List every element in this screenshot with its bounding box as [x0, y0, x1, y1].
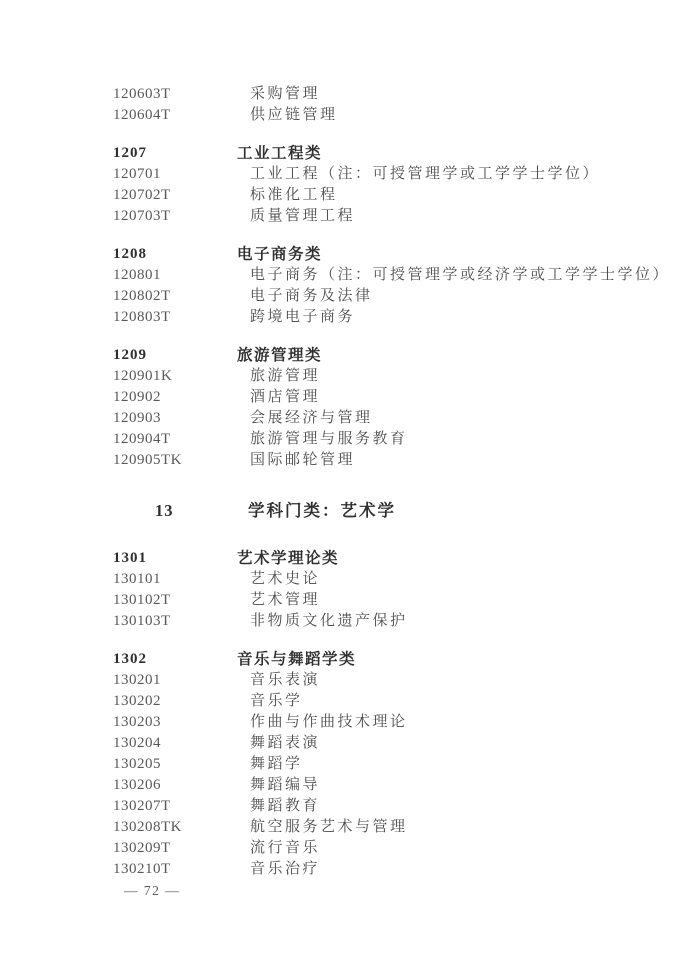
- category-code: 1207: [113, 143, 250, 164]
- division-header: 13学科门类：艺术学: [0, 498, 677, 524]
- major-code: 130210T: [113, 859, 250, 880]
- category-code: 1302: [113, 649, 250, 670]
- major-code: 130203: [113, 712, 250, 733]
- major-name: 酒店管理: [250, 387, 320, 408]
- major-code: 130208TK: [113, 817, 250, 838]
- major-row: 120802T电子商务及法律: [0, 286, 677, 307]
- category-row: 1207工业工程类: [0, 143, 677, 164]
- major-code: 130207T: [113, 796, 250, 817]
- major-code: 130209T: [113, 838, 250, 859]
- major-name: 质量管理工程: [250, 206, 355, 227]
- major-row: 120702T标准化工程: [0, 185, 677, 206]
- major-name: 音乐治疗: [250, 859, 320, 880]
- category-code: 1209: [113, 345, 250, 366]
- major-row: 120801电子商务（注：可授管理学或经济学或工学学士学位）: [0, 265, 677, 286]
- major-code: 120702T: [113, 185, 250, 206]
- major-name: 艺术史论: [250, 569, 320, 590]
- category-name: 音乐与舞蹈学类: [237, 649, 356, 670]
- division-title: 学科门类：艺术学: [248, 498, 396, 524]
- major-code: 130103T: [113, 611, 250, 632]
- major-name: 舞蹈学: [250, 754, 303, 775]
- document-page: 120603T采购管理120604T供应链管理1207工业工程类120701工业…: [0, 0, 677, 958]
- major-code: 120803T: [113, 307, 250, 328]
- major-row: 120903会展经济与管理: [0, 408, 677, 429]
- major-name: 工业工程（注：可授管理学或工学学士学位）: [250, 164, 600, 185]
- major-row: 130208TK航空服务艺术与管理: [0, 817, 677, 838]
- major-name: 流行音乐: [250, 838, 320, 859]
- category-section: 1209旅游管理类120901K旅游管理120902酒店管理120903会展经济…: [0, 345, 677, 471]
- major-code: 120802T: [113, 286, 250, 307]
- category-section: 1207工业工程类120701工业工程（注：可授管理学或工学学士学位）12070…: [0, 143, 677, 227]
- major-name: 艺术管理: [250, 590, 320, 611]
- major-name: 跨境电子商务: [250, 307, 355, 328]
- major-code: 120801: [113, 265, 250, 286]
- page-number: — 72 —: [124, 882, 180, 900]
- major-name: 采购管理: [250, 84, 320, 105]
- major-list: 120603T采购管理120604T供应链管理1207工业工程类120701工业…: [0, 0, 677, 880]
- major-name: 作曲与作曲技术理论: [250, 712, 408, 733]
- major-name: 电子商务及法律: [250, 286, 373, 307]
- major-code: 130101: [113, 569, 250, 590]
- major-code: 120905TK: [113, 450, 250, 471]
- major-name: 音乐学: [250, 691, 303, 712]
- category-row: 1301艺术学理论类: [0, 548, 677, 569]
- category-code: 1208: [113, 244, 250, 265]
- category-code: 1301: [113, 548, 250, 569]
- major-row: 130201音乐表演: [0, 670, 677, 691]
- major-row: 130102T艺术管理: [0, 590, 677, 611]
- major-name: 会展经济与管理: [250, 408, 373, 429]
- major-name: 国际邮轮管理: [250, 450, 355, 471]
- major-row: 130103T非物质文化遗产保护: [0, 611, 677, 632]
- category-name: 工业工程类: [237, 143, 322, 164]
- major-row: 120701工业工程（注：可授管理学或工学学士学位）: [0, 164, 677, 185]
- major-name: 舞蹈教育: [250, 796, 320, 817]
- continued-rows-section: 120603T采购管理120604T供应链管理: [0, 84, 677, 126]
- major-code: 120901K: [113, 366, 250, 387]
- major-row: 120803T跨境电子商务: [0, 307, 677, 328]
- major-row: 130202音乐学: [0, 691, 677, 712]
- major-code: 130206: [113, 775, 250, 796]
- category-row: 1302音乐与舞蹈学类: [0, 649, 677, 670]
- major-row: 130209T流行音乐: [0, 838, 677, 859]
- major-row: 120603T采购管理: [0, 84, 677, 105]
- major-code: 120703T: [113, 206, 250, 227]
- category-row: 1208电子商务类: [0, 244, 677, 265]
- major-name: 航空服务艺术与管理: [250, 817, 408, 838]
- major-code: 130102T: [113, 590, 250, 611]
- major-name: 旅游管理与服务教育: [250, 429, 408, 450]
- major-row: 130206舞蹈编导: [0, 775, 677, 796]
- major-code: 120604T: [113, 105, 250, 126]
- category-row: 1209旅游管理类: [0, 345, 677, 366]
- major-code: 120603T: [113, 84, 250, 105]
- major-row: 130210T音乐治疗: [0, 859, 677, 880]
- category-section: 1208电子商务类120801电子商务（注：可授管理学或经济学或工学学士学位）1…: [0, 244, 677, 328]
- major-name: 供应链管理: [250, 105, 338, 126]
- major-row: 120904T旅游管理与服务教育: [0, 429, 677, 450]
- major-code: 120904T: [113, 429, 250, 450]
- major-name: 标准化工程: [250, 185, 338, 206]
- major-name: 非物质文化遗产保护: [250, 611, 408, 632]
- major-code: 120902: [113, 387, 250, 408]
- major-row: 120902酒店管理: [0, 387, 677, 408]
- category-name: 艺术学理论类: [237, 548, 339, 569]
- major-row: 130207T舞蹈教育: [0, 796, 677, 817]
- major-row: 120901K旅游管理: [0, 366, 677, 387]
- major-row: 120604T供应链管理: [0, 105, 677, 126]
- major-row: 130205舞蹈学: [0, 754, 677, 775]
- category-name: 电子商务类: [237, 244, 322, 265]
- major-row: 130101艺术史论: [0, 569, 677, 590]
- category-section: 1301艺术学理论类130101艺术史论130102T艺术管理130103T非物…: [0, 548, 677, 632]
- major-code: 120903: [113, 408, 250, 429]
- major-name: 电子商务（注：可授管理学或经济学或工学学士学位）: [250, 265, 670, 286]
- major-code: 130205: [113, 754, 250, 775]
- major-name: 音乐表演: [250, 670, 320, 691]
- category-section: 1302音乐与舞蹈学类130201音乐表演130202音乐学130203作曲与作…: [0, 649, 677, 880]
- major-row: 130204舞蹈表演: [0, 733, 677, 754]
- category-name: 旅游管理类: [237, 345, 322, 366]
- major-code: 130204: [113, 733, 250, 754]
- major-code: 130201: [113, 670, 250, 691]
- major-row: 120905TK国际邮轮管理: [0, 450, 677, 471]
- major-code: 130202: [113, 691, 250, 712]
- division-code: 13: [155, 498, 248, 524]
- major-code: 120701: [113, 164, 250, 185]
- major-name: 舞蹈编导: [250, 775, 320, 796]
- major-row: 120703T质量管理工程: [0, 206, 677, 227]
- major-name: 旅游管理: [250, 366, 320, 387]
- major-name: 舞蹈表演: [250, 733, 320, 754]
- major-row: 130203作曲与作曲技术理论: [0, 712, 677, 733]
